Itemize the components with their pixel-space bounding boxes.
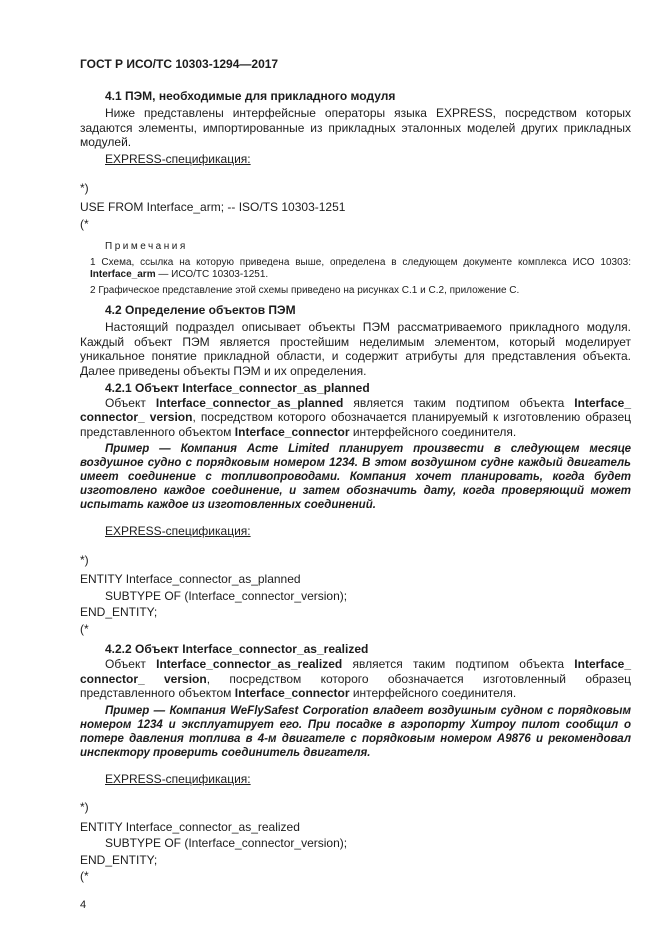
example-1: Пример — Компания Acme Limited планирует…	[80, 442, 631, 512]
express-code-block-3: *) ENTITY Interface_connector_as_realize…	[80, 799, 631, 885]
text-run: интерфейсного соединителя.	[349, 425, 516, 439]
example-2: Пример — Компания WeFlySafest Corporatio…	[80, 704, 631, 760]
page-number: 4	[80, 899, 631, 911]
express-spec-text: EXPRESS-спецификация:	[105, 772, 251, 786]
code-line: ENTITY Interface_connector_as_planned	[80, 571, 631, 588]
text-run: Объект	[105, 657, 156, 671]
paragraph-4-2: Настоящий подраздел описывает объекты ПЭ…	[80, 320, 631, 379]
code-line: END_ENTITY;	[80, 604, 631, 621]
doc-header: ГОСТ Р ИСО/ТС 10303-1294—2017	[80, 57, 631, 71]
note-text-tail: — ИСО/ТС 10303-1251.	[156, 269, 269, 280]
heading-4-2: 4.2 Определение объектов ПЭМ	[80, 303, 631, 318]
notes-title: Примечания	[105, 241, 631, 254]
code-line: SUBTYPE OF (Interface_connector_version)…	[80, 835, 631, 852]
express-code-block-2: *) ENTITY Interface_connector_as_planned…	[80, 552, 631, 638]
text-run: интерфейсного соединителя.	[349, 686, 516, 700]
paragraph-4-1: Ниже представлены интерфейсные операторы…	[80, 106, 631, 150]
note-2: 2 Графическое представление этой схемы п…	[90, 285, 631, 298]
note-entity-name: Interface_arm	[90, 269, 156, 280]
text-run: является таким подтипом объекта	[342, 657, 574, 671]
heading-4-2-1: 4.2.1 Объект Interface_connector_as_plan…	[80, 381, 631, 396]
entity-name: Interface_connector	[235, 425, 350, 439]
document-page: ГОСТ Р ИСО/ТС 10303-1294—2017 4.1 ПЭМ, н…	[0, 0, 661, 935]
code-line: *)	[80, 552, 631, 569]
code-line: (*	[80, 621, 631, 638]
express-spec-text: EXPRESS-спецификация:	[105, 524, 251, 538]
code-line: SUBTYPE OF (Interface_connector_version)…	[80, 588, 631, 605]
code-line: (*	[80, 868, 631, 885]
express-spec-label-2: EXPRESS-спецификация:	[80, 524, 631, 539]
text-run: Объект	[105, 396, 156, 410]
express-spec-label-3: EXPRESS-спецификация:	[80, 772, 631, 787]
express-spec-label-1: EXPRESS-спецификация:	[80, 152, 631, 167]
express-code-block-1: *) USE FROM Interface_arm; -- ISO/TS 103…	[80, 180, 631, 233]
code-line: END_ENTITY;	[80, 852, 631, 869]
paragraph-4-2-1: Объект Interface_connector_as_planned яв…	[80, 396, 631, 440]
express-spec-text: EXPRESS-спецификация:	[105, 152, 251, 166]
note-1: 1 Схема, ссылка на которую приведена выш…	[90, 257, 631, 282]
entity-name: Interface_connector_as_planned	[156, 396, 343, 410]
code-line: *)	[80, 799, 631, 816]
heading-4-2-2: 4.2.2 Объект Interface_connector_as_real…	[80, 642, 631, 657]
heading-4-1: 4.1 ПЭМ, необходимые для прикладного мод…	[80, 89, 631, 104]
code-line: USE FROM Interface_arm; -- ISO/TS 10303-…	[80, 199, 631, 216]
notes-block: Примечания 1 Схема, ссылка на которую пр…	[80, 241, 631, 297]
code-line: (*	[80, 216, 631, 233]
entity-name: Interface_connector	[235, 686, 350, 700]
paragraph-4-2-2: Объект Interface_connector_as_realized я…	[80, 657, 631, 701]
code-line: *)	[80, 180, 631, 197]
note-text: 1 Схема, ссылка на которую приведена выш…	[90, 257, 631, 268]
text-run: является таким подтипом объекта	[343, 396, 574, 410]
code-line: ENTITY Interface_connector_as_realized	[80, 819, 631, 836]
entity-name: Interface_connector_as_realized	[156, 657, 342, 671]
